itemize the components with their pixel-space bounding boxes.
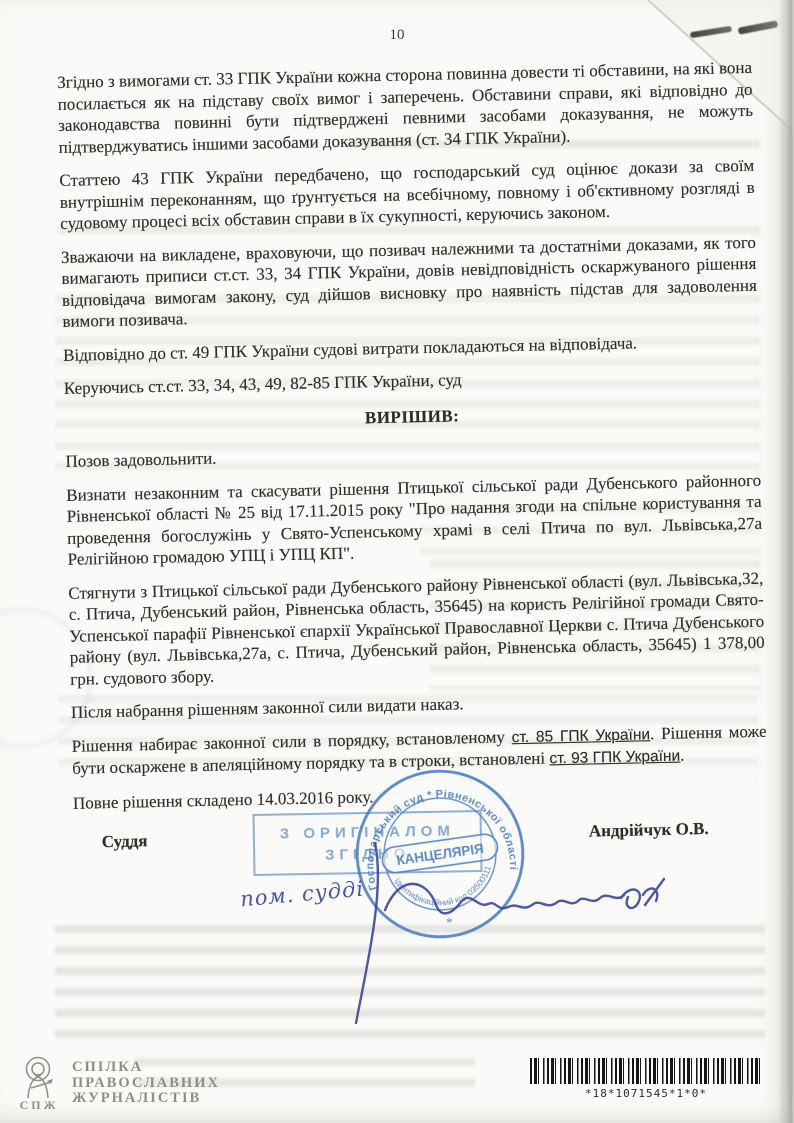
- logo-line1: СПІЛКА: [72, 1060, 220, 1076]
- logo-text: СПІЛКА ПРАВОСЛАВНИХ ЖУРНАЛІСТІВ: [72, 1056, 220, 1113]
- document-body: Згідно з вимогами ст. 33 ГПК України кож…: [57, 57, 769, 853]
- paragraph-court-costs: Відповідно до ст. 49 ГПК України судові …: [63, 329, 758, 366]
- paragraph-annul-decision: Визнати незаконним та скасувати рішення …: [66, 469, 763, 570]
- statute-ref-85: ст. 85 ГПК України: [511, 726, 650, 746]
- saint-scribe-icon: [16, 1056, 62, 1100]
- publisher-logo: СПЖ СПІЛКА ПРАВОСЛАВНИХ ЖУРНАЛІСТІВ: [16, 1056, 220, 1113]
- barcode: *18*1071545*1*0*: [530, 1058, 762, 1102]
- svg-text:Господарський суд * Рівненсько: Господарський суд * Рівненської області: [354, 778, 520, 892]
- paragraph-guided-by: Керуючись ст.ст. 33, 34, 43, 49, 82-85 Г…: [64, 363, 759, 400]
- logo-line3: ЖУРНАЛІСТІВ: [72, 1091, 220, 1107]
- decision-heading: ВИРІШИВ:: [64, 398, 759, 435]
- scan-edge-shadow: [778, 0, 794, 1123]
- paragraph-conclusion: Зважаючи на викладене, враховуючи, що по…: [61, 231, 758, 332]
- statute-ref-93: ст. 93 ГПК України: [549, 748, 680, 768]
- legal-force-text: .: [680, 745, 685, 764]
- scanned-court-decision-page: 10 Згідно з вимогами ст. 33 ГПК України …: [0, 0, 794, 1123]
- paragraph-claim-granted: Позов задовольнити.: [65, 436, 760, 473]
- round-stamp-star: *: [445, 914, 454, 930]
- barcode-bars: [530, 1058, 762, 1084]
- paragraph-issue-order: Після набрання рішенням законної сили ви…: [71, 687, 766, 724]
- handwritten-note: пом. судді: [239, 877, 365, 912]
- barcode-text: *18*1071545*1*0*: [581, 1087, 711, 1100]
- logo-abbr: СПЖ: [20, 1098, 59, 1113]
- judge-name: Андрійчук О.В.: [589, 818, 709, 842]
- judge-label: Суддя: [102, 830, 148, 852]
- paragraph-burden-of-proof: Згідно з вимогами ст. 33 ГПК України кож…: [57, 57, 754, 158]
- paragraph-recover-costs: Стягнути з Птицької сільської ради Дубен…: [68, 567, 765, 690]
- page-number: 10: [0, 27, 794, 44]
- logo-line2: ПРАВОСЛАВНИХ: [72, 1076, 220, 1092]
- court-round-stamp: Господарський суд * Рівненської області …: [341, 755, 540, 954]
- paragraph-evidence-evaluation: Статтею 43 ГПК України передбачено, що г…: [59, 155, 755, 235]
- round-stamp-outer-text: Господарський суд * Рівненської області: [354, 778, 520, 892]
